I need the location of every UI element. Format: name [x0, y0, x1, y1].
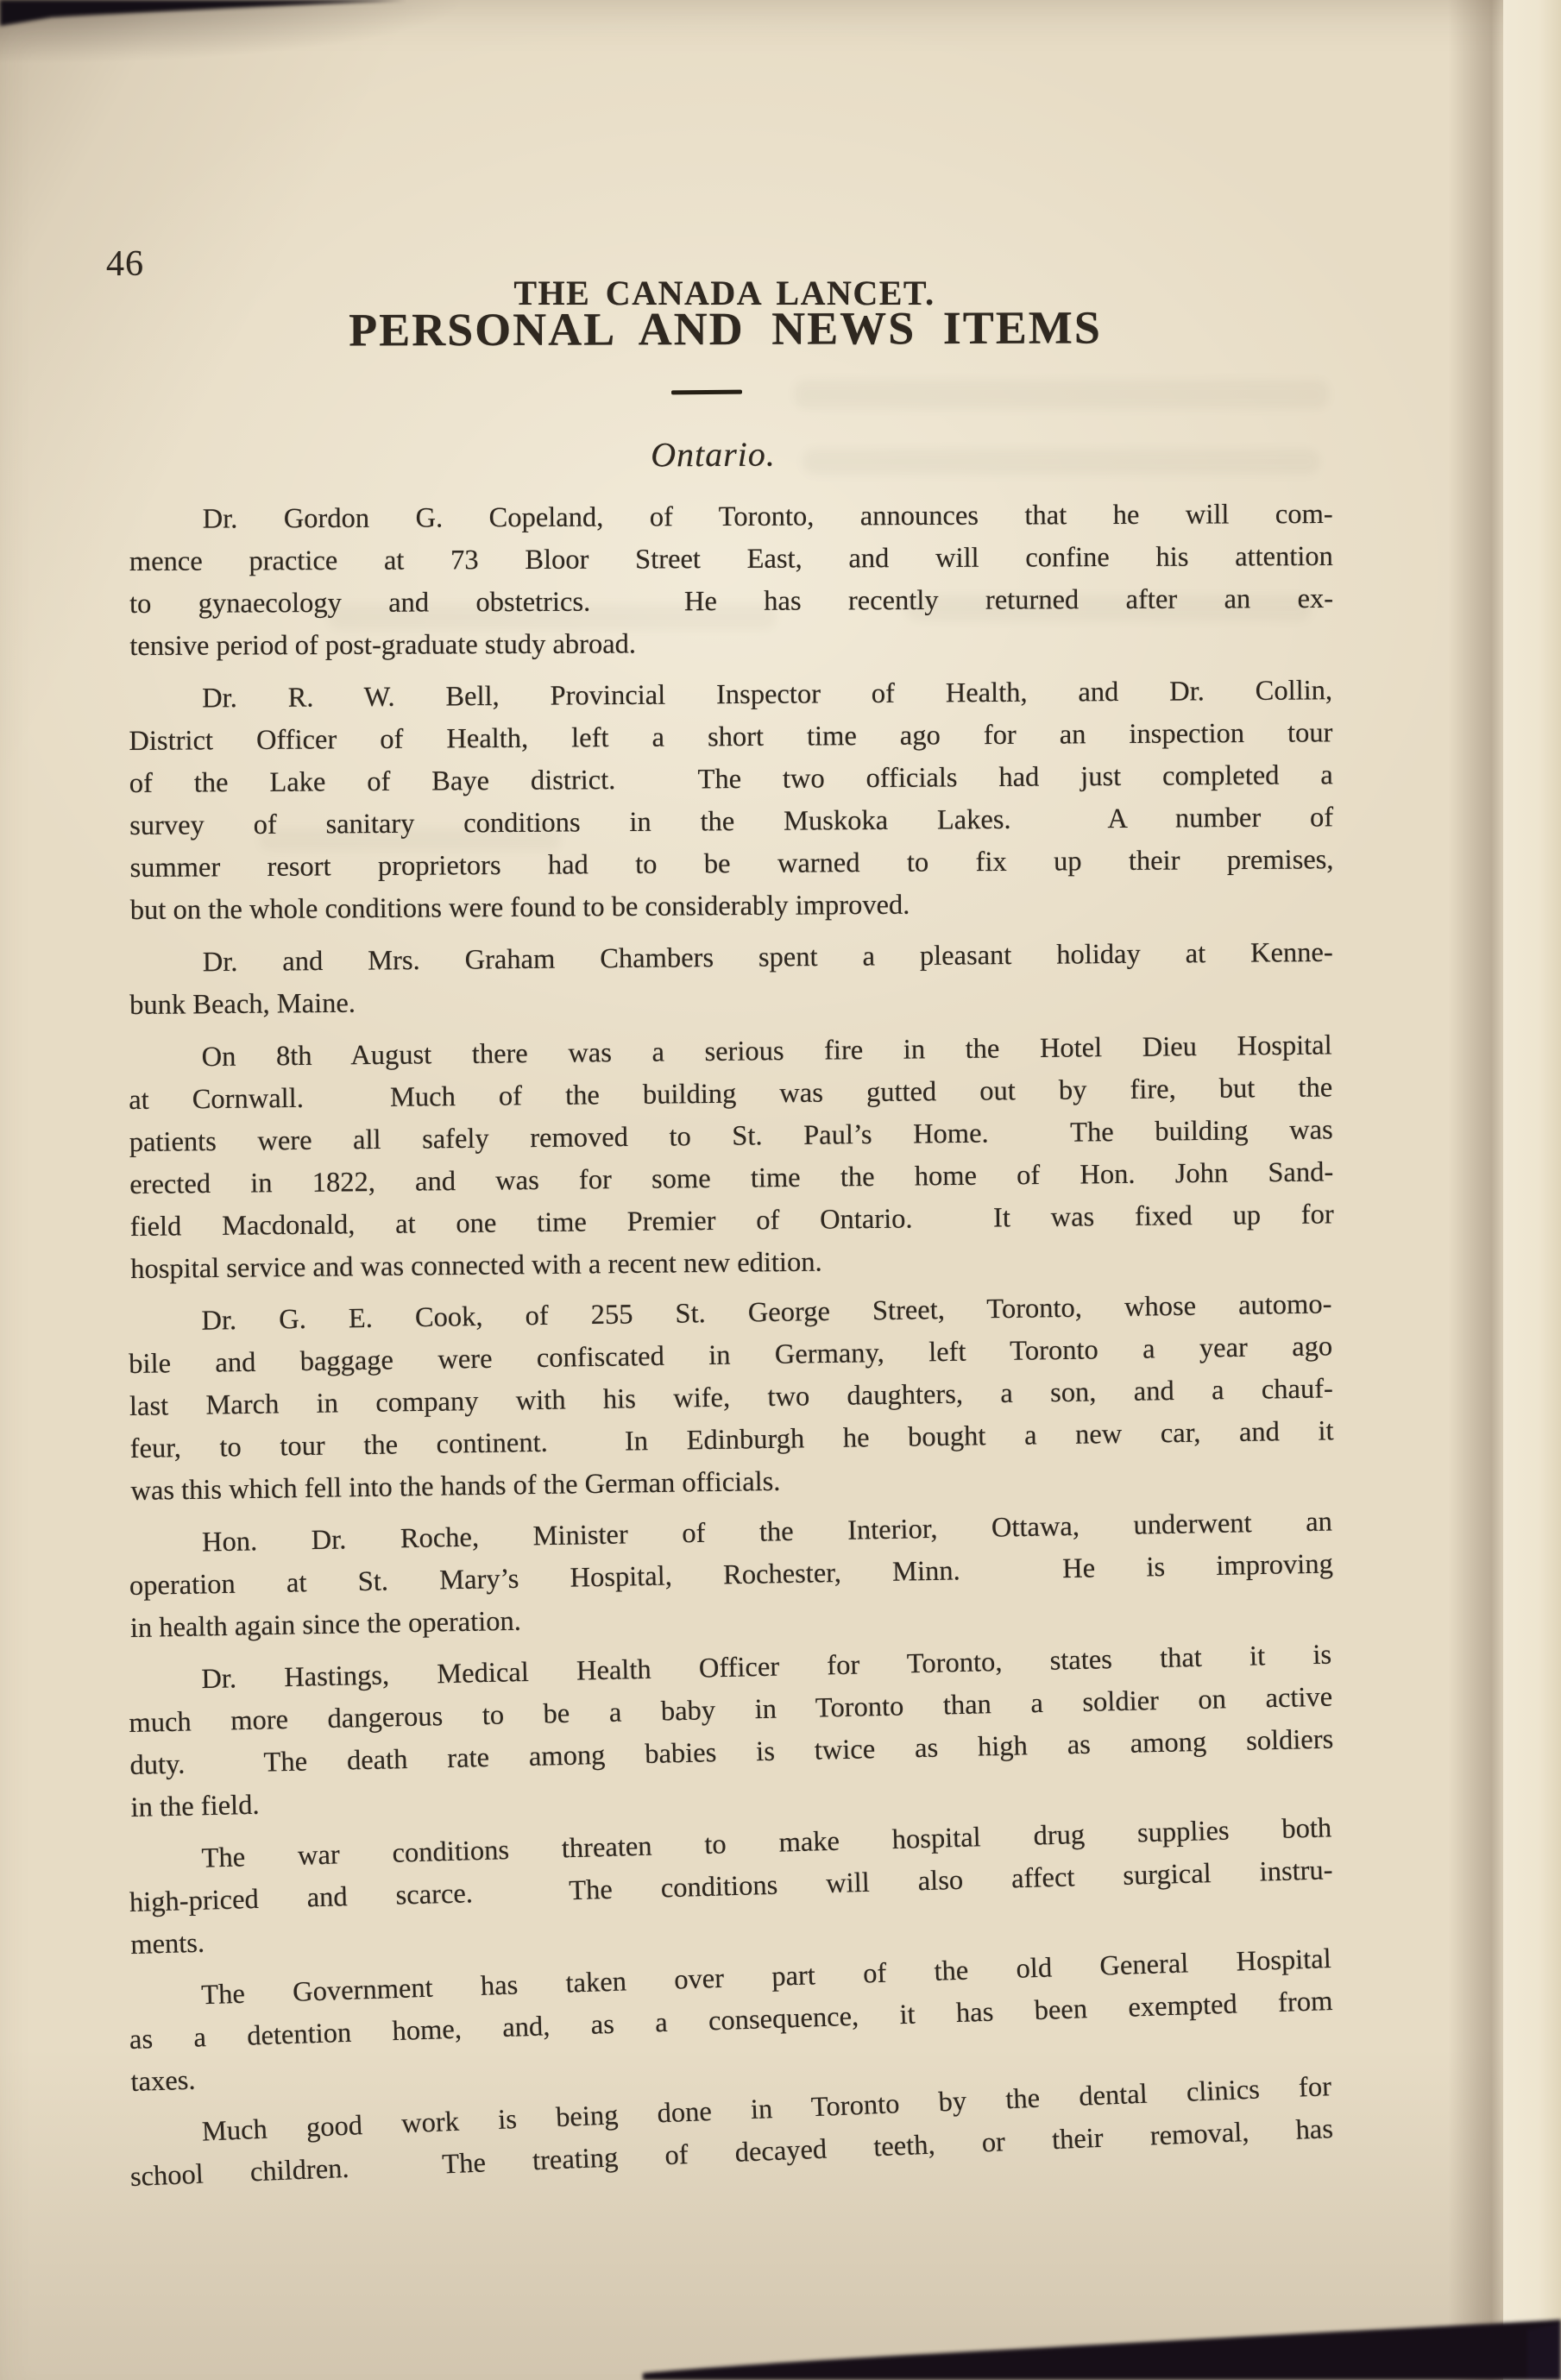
paragraph: Dr. R. W. Bell, Provincial Inspector of … [129, 670, 1334, 932]
page-content: 46 THE CANADA LANCET. PERSONAL AND NEWS … [129, 0, 1333, 2380]
paragraph: Dr. G. E. Cook, of 255 St. George Street… [128, 1283, 1334, 1513]
scanned-book-page: 46 THE CANADA LANCET. PERSONAL AND NEWS … [0, 0, 1561, 2380]
title-divider-rule [671, 390, 742, 395]
adjacent-page-edge [1503, 0, 1561, 2380]
paragraph: On 8th August there was a serious fire i… [128, 1024, 1334, 1291]
section-heading: Ontario. [111, 431, 1315, 477]
text-line: Dr. Gordon G. Copeland, of Toronto, anno… [129, 494, 1333, 541]
text-line: tensive period of post-graduate study ab… [129, 620, 1333, 668]
text-line: to gynaecology and obstetrics. He has re… [129, 578, 1333, 626]
text-line: summer resort proprietors had to be warn… [129, 839, 1333, 890]
article-body: Dr. Gordon G. Copeland, of Toronto, anno… [129, 499, 1333, 2209]
article-title: PERSONAL AND NEWS ITEMS [123, 300, 1327, 358]
paragraph: Dr. Hastings, Medical Health Officer for… [128, 1634, 1335, 1829]
text-line: mence practice at 73 Bloor Street East, … [129, 536, 1333, 583]
paragraph: Dr. Gordon G. Copeland, of Toronto, anno… [129, 494, 1334, 668]
paragraph: Dr. and Mrs. Graham Chambers spent a ple… [129, 932, 1334, 1027]
text-line: but on the whole conditions were found t… [130, 881, 1334, 932]
paragraph: Hon. Dr. Roche, Minister of the Interior… [129, 1501, 1334, 1650]
paragraph: The war conditions threaten to make hosp… [128, 1807, 1334, 1967]
fore-edge-shadow [1448, 0, 1508, 2380]
